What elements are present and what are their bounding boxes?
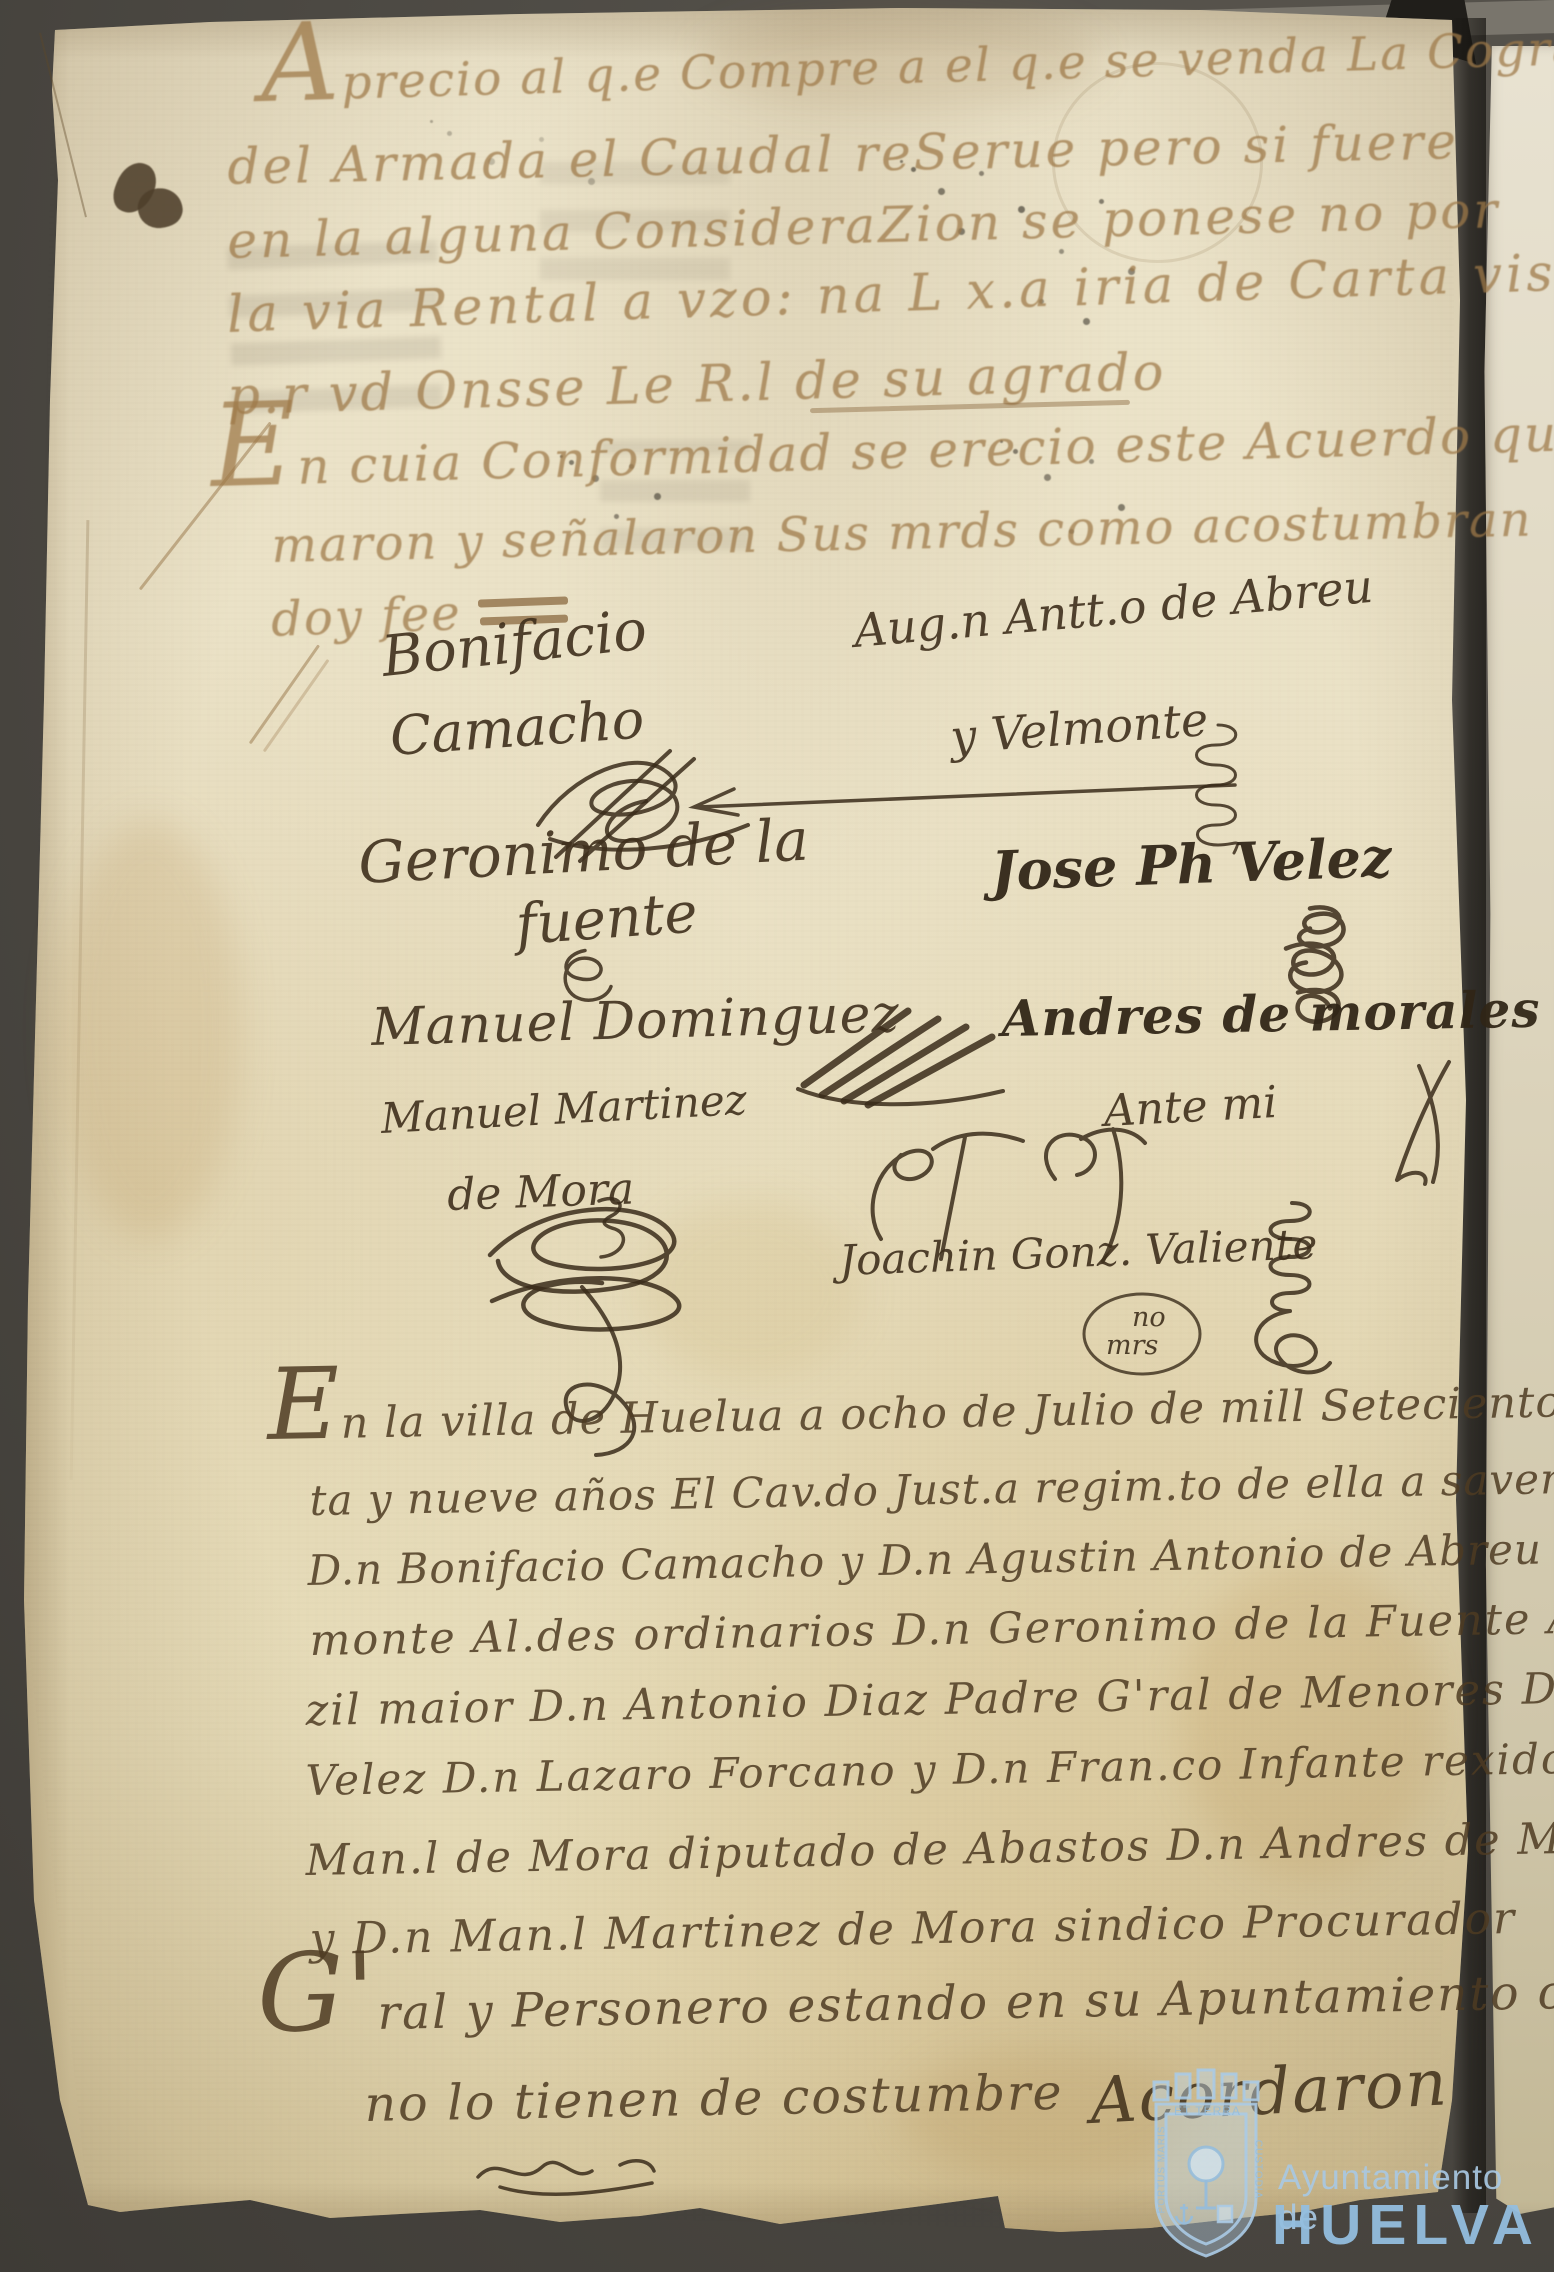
signature-andres-morales: Andres de morales [1001, 985, 1541, 1044]
bottom-flourish [470, 2142, 660, 2204]
rubric-morales-tail [1385, 1055, 1460, 1187]
age-stain [60, 820, 240, 1240]
scanned-manuscript-view: Aprecio al q.e Compre a el q.e se venda … [0, 0, 1554, 2272]
crest-motto-top: ET TERRA [1174, 2104, 1241, 2118]
ink-specks [430, 120, 433, 123]
valiente-note-oval: no mrs [1080, 1290, 1205, 1378]
valiente-note-mrs: mrs [1106, 1332, 1158, 1359]
watermark-shield: ET TERRA PORTUS MARIS CUSTODIA [1146, 2068, 1266, 2262]
body-final-word: Acordaron [1089, 2051, 1451, 2134]
next-folio-edge [1480, 46, 1554, 2216]
crest-motto-left: PORTUS MARIS [1156, 2126, 1167, 2214]
rubric-valiente-coil [1232, 1198, 1342, 1400]
body-text-line: no lo tienen de costumbre [364, 2068, 1064, 2129]
valiente-note-no: no [1132, 1304, 1166, 1331]
crest-motto-right: CUSTODIA [1252, 2140, 1263, 2200]
rubric-dominguez [788, 992, 1013, 1112]
watermark-city-label: HUELVA [1272, 2192, 1540, 2258]
signature-jose-velez: Jose Ph Velez [990, 830, 1392, 898]
